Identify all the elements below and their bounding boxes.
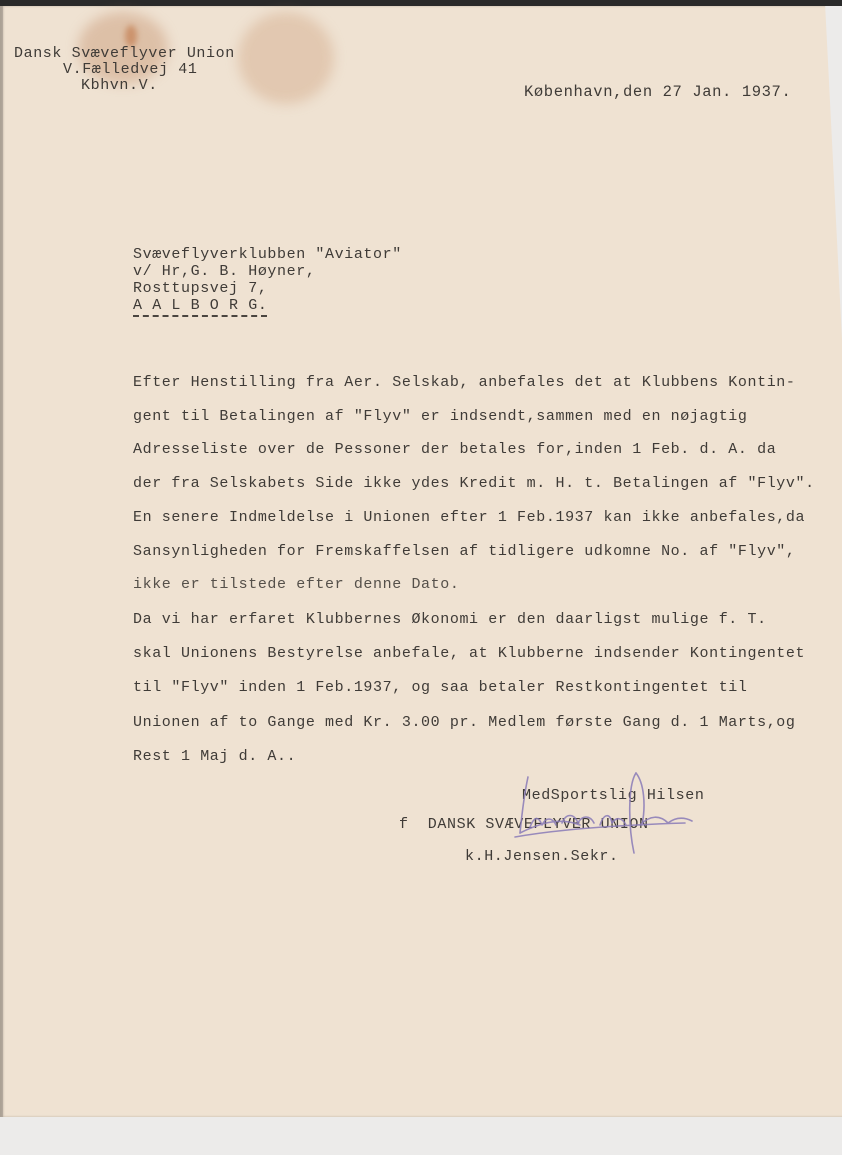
body-line: Adresseliste over de Pessoner der betale… — [133, 441, 776, 458]
body-line: ikke er tilstede efter denne Dato. — [133, 576, 459, 593]
sender-name: Dansk Svæveflyver Union — [14, 45, 235, 62]
letter-date: København,den 27 Jan. 1937. — [524, 84, 791, 101]
body-line: Rest 1 Maj d. A.. — [133, 748, 296, 765]
recipient-street: Rosttupsvej 7, — [133, 280, 267, 297]
body-line: der fra Selskabets Side ikke ydes Kredit… — [133, 475, 815, 492]
letter-paper — [0, 6, 842, 1117]
body-line: Da vi har erfaret Klubbernes Økonomi er … — [133, 611, 767, 628]
recipient-attention: v/ Hr,G. B. Høyner, — [133, 263, 315, 280]
body-line: En senere Indmeldelse i Unionen efter 1 … — [133, 509, 805, 526]
body-line: til "Flyv" inden 1 Feb.1937, og saa beta… — [133, 679, 748, 696]
body-line: Unionen af to Gange med Kr. 3.00 pr. Med… — [133, 714, 796, 731]
sender-city: Kbhvn.V. — [81, 77, 158, 94]
body-line: Sansynligheden for Fremskaffelsen af tid… — [133, 543, 796, 560]
body-line: skal Unionens Bestyrelse anbefale, at Kl… — [133, 645, 805, 662]
scanner-top-edge — [0, 0, 842, 6]
paper-left-shadow — [0, 6, 3, 1117]
sender-street: V.Fælledvej 41 — [63, 61, 197, 78]
body-line: gent til Betalingen af "Flyv" er indsend… — [133, 408, 748, 425]
handwritten-signature — [500, 765, 710, 855]
recipient-city: A A L B O R G. — [133, 297, 267, 317]
recipient-name: Svæveflyverklubben "Aviator" — [133, 246, 402, 263]
stain-mark — [238, 12, 334, 104]
body-line: Efter Henstilling fra Aer. Selskab, anbe… — [133, 374, 796, 391]
stain-mark — [125, 25, 137, 47]
